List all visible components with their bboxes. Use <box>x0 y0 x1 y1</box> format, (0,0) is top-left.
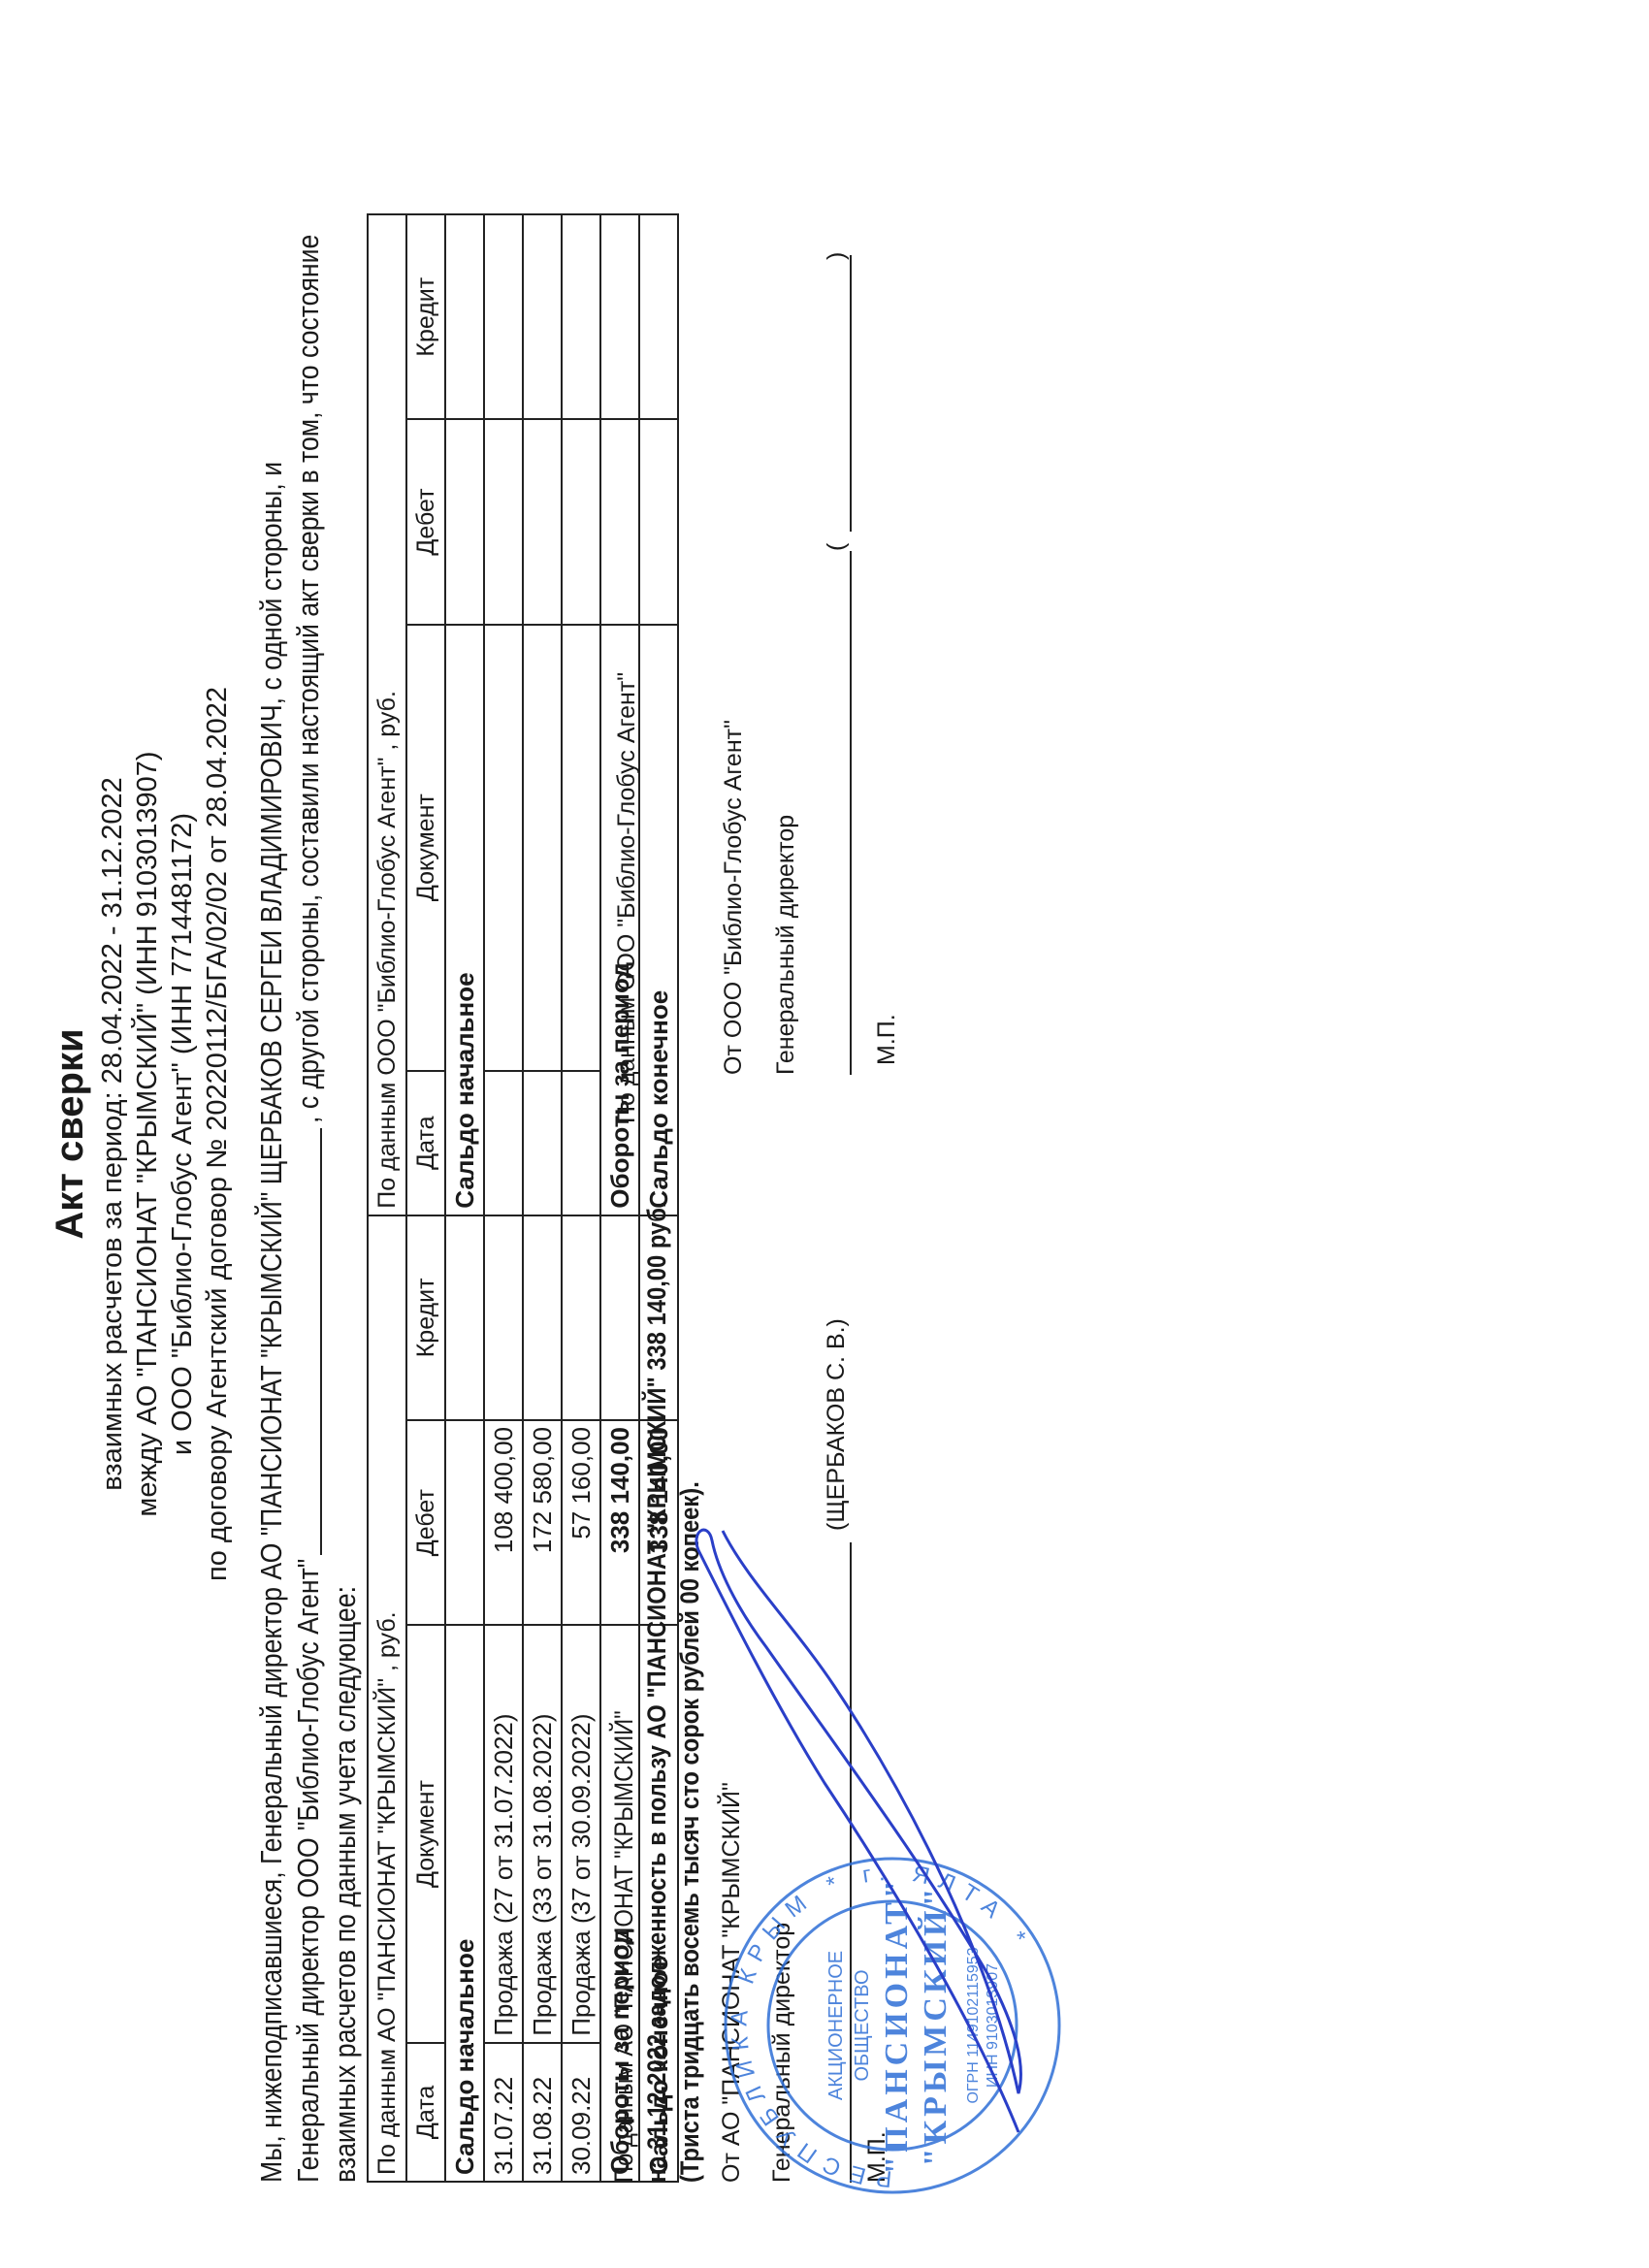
left-credit-cell <box>484 1215 523 1420</box>
left-document-cell: Продажа (37 от 30.09.2022) <box>562 1625 600 2043</box>
table-row: 30.09.22Продажа (37 от 30.09.2022)57 160… <box>562 214 600 2182</box>
column-header-row: Дата Документ Дебет Кредит Дата Документ… <box>406 214 445 2182</box>
left-debit-cell: 172 580,00 <box>523 1420 562 1625</box>
left-row-label-cell: Сальдо начальное <box>445 1625 484 2182</box>
left-credit-cell <box>523 1215 562 1420</box>
left-col-credit: Кредит <box>406 1215 445 1420</box>
right-col-credit: Кредит <box>406 214 445 419</box>
left-date-cell: 31.07.22 <box>484 2043 523 2182</box>
left-col-debit: Дебет <box>406 1420 445 1625</box>
right-document-cell <box>484 625 523 1071</box>
left-credit-cell <box>445 1215 484 1420</box>
left-document-cell: Продажа (27 от 31.07.2022) <box>484 1625 523 2043</box>
right-name-open-paren: ( <box>823 543 851 551</box>
subtitle-party-2: и ООО "Библио-Глобус Агент" (ИНН 7714481… <box>167 0 199 2268</box>
right-col-date: Дата <box>406 1071 445 1215</box>
intro-line-2a: Генеральный директор ООО "Библио-Глобус … <box>291 1559 326 2183</box>
party-header-row: По данным АО "ПАНСИОНАТ "КРЫМСКИЙ" , руб… <box>368 214 406 2182</box>
right-date-cell <box>523 1071 562 1215</box>
right-credit-cell <box>639 214 678 419</box>
right-debit-cell <box>600 419 639 624</box>
right-row-label-cell: Сальдо начальное <box>445 625 484 1215</box>
intro-line-3: взаимных расчетов по данным учета следую… <box>328 1586 363 2183</box>
intro-line-2b: , с другой стороны, составили настоящий … <box>291 235 326 1123</box>
right-credit-cell <box>523 214 562 419</box>
right-name-blank <box>850 255 852 532</box>
left-debit-cell: 57 160,00 <box>562 1420 600 1625</box>
right-signatory-position: Генеральный директор <box>772 815 800 1075</box>
conclusion-left-line-1: По данным АО "ПАНСИОНАТ "КРЫМСКИЙ" <box>609 1710 639 2183</box>
page-title: Акт сверки <box>48 0 92 2268</box>
right-date-cell <box>484 1071 523 1215</box>
right-debit-cell <box>562 419 600 624</box>
right-credit-cell <box>445 214 484 419</box>
left-debit-cell <box>445 1420 484 1625</box>
right-row-label-cell: Сальдо конечное <box>639 625 678 1215</box>
right-col-document: Документ <box>406 625 445 1071</box>
right-debit-cell <box>445 419 484 624</box>
right-col-debit: Дебет <box>406 419 445 624</box>
right-name-close-paren: ) <box>823 252 851 260</box>
table-row: Сальдо начальноеСальдо начальное <box>445 214 484 2182</box>
right-document-cell <box>562 625 600 1071</box>
right-credit-cell <box>562 214 600 419</box>
right-party-header: По данным ООО "Библио-Глобус Агент" , ру… <box>368 214 406 1215</box>
conclusion-right-line-1: По данным ООО "Библио-Глобус Агент" <box>613 672 641 1123</box>
reconciliation-act-page: Акт сверки взаимных расчетов за период: … <box>0 0 1649 2268</box>
right-signature-line <box>850 551 852 1075</box>
left-credit-cell <box>562 1215 600 1420</box>
right-signatory-org: От ООО "Библио-Глобус Агент" <box>720 720 748 1075</box>
left-debit-cell: 108 400,00 <box>484 1420 523 1625</box>
handwritten-signature-icon <box>669 1492 1038 2152</box>
right-credit-cell <box>600 214 639 419</box>
left-debit-cell: 338 140,00 <box>600 1420 639 1625</box>
intro-line-1: Мы, нижеподписавшиеся, Генеральный дирек… <box>254 462 289 2183</box>
right-debit-cell <box>639 419 678 624</box>
right-document-cell <box>523 625 562 1071</box>
conclusion-debt-statement: на 31.12.2022 задолженность в пользу АО … <box>642 1201 672 2183</box>
left-date-cell: 30.09.22 <box>562 2043 600 2182</box>
right-debit-cell <box>523 419 562 624</box>
right-credit-cell <box>484 214 523 419</box>
right-seal-label: М.П. <box>873 1014 901 1065</box>
left-credit-cell <box>600 1215 639 1420</box>
table-row: 31.07.22Продажа (27 от 31.07.2022)108 40… <box>484 214 523 2182</box>
left-date-cell: 31.08.22 <box>523 2043 562 2182</box>
left-col-document: Документ <box>406 1625 445 2043</box>
left-party-header: По данным АО "ПАНСИОНАТ "КРЫМСКИЙ" , руб… <box>368 1215 406 2182</box>
left-document-cell: Продажа (33 от 31.08.2022) <box>523 1625 562 2043</box>
right-debit-cell <box>484 419 523 624</box>
left-col-date: Дата <box>406 2043 445 2182</box>
counterparty-name-blank <box>320 1128 322 1555</box>
subtitle-party-1: между АО "ПАНСИОНАТ "КРЫМСКИЙ" (ИНН 9103… <box>132 0 164 2268</box>
subtitle-contract: по договору Агентский договор № 20220112… <box>202 0 234 2268</box>
table-row: 31.08.22Продажа (33 от 31.08.2022)172 58… <box>523 214 562 2182</box>
right-date-cell <box>562 1071 600 1215</box>
subtitle-period: взаимных расчетов за период: 28.04.2022 … <box>97 0 129 2268</box>
